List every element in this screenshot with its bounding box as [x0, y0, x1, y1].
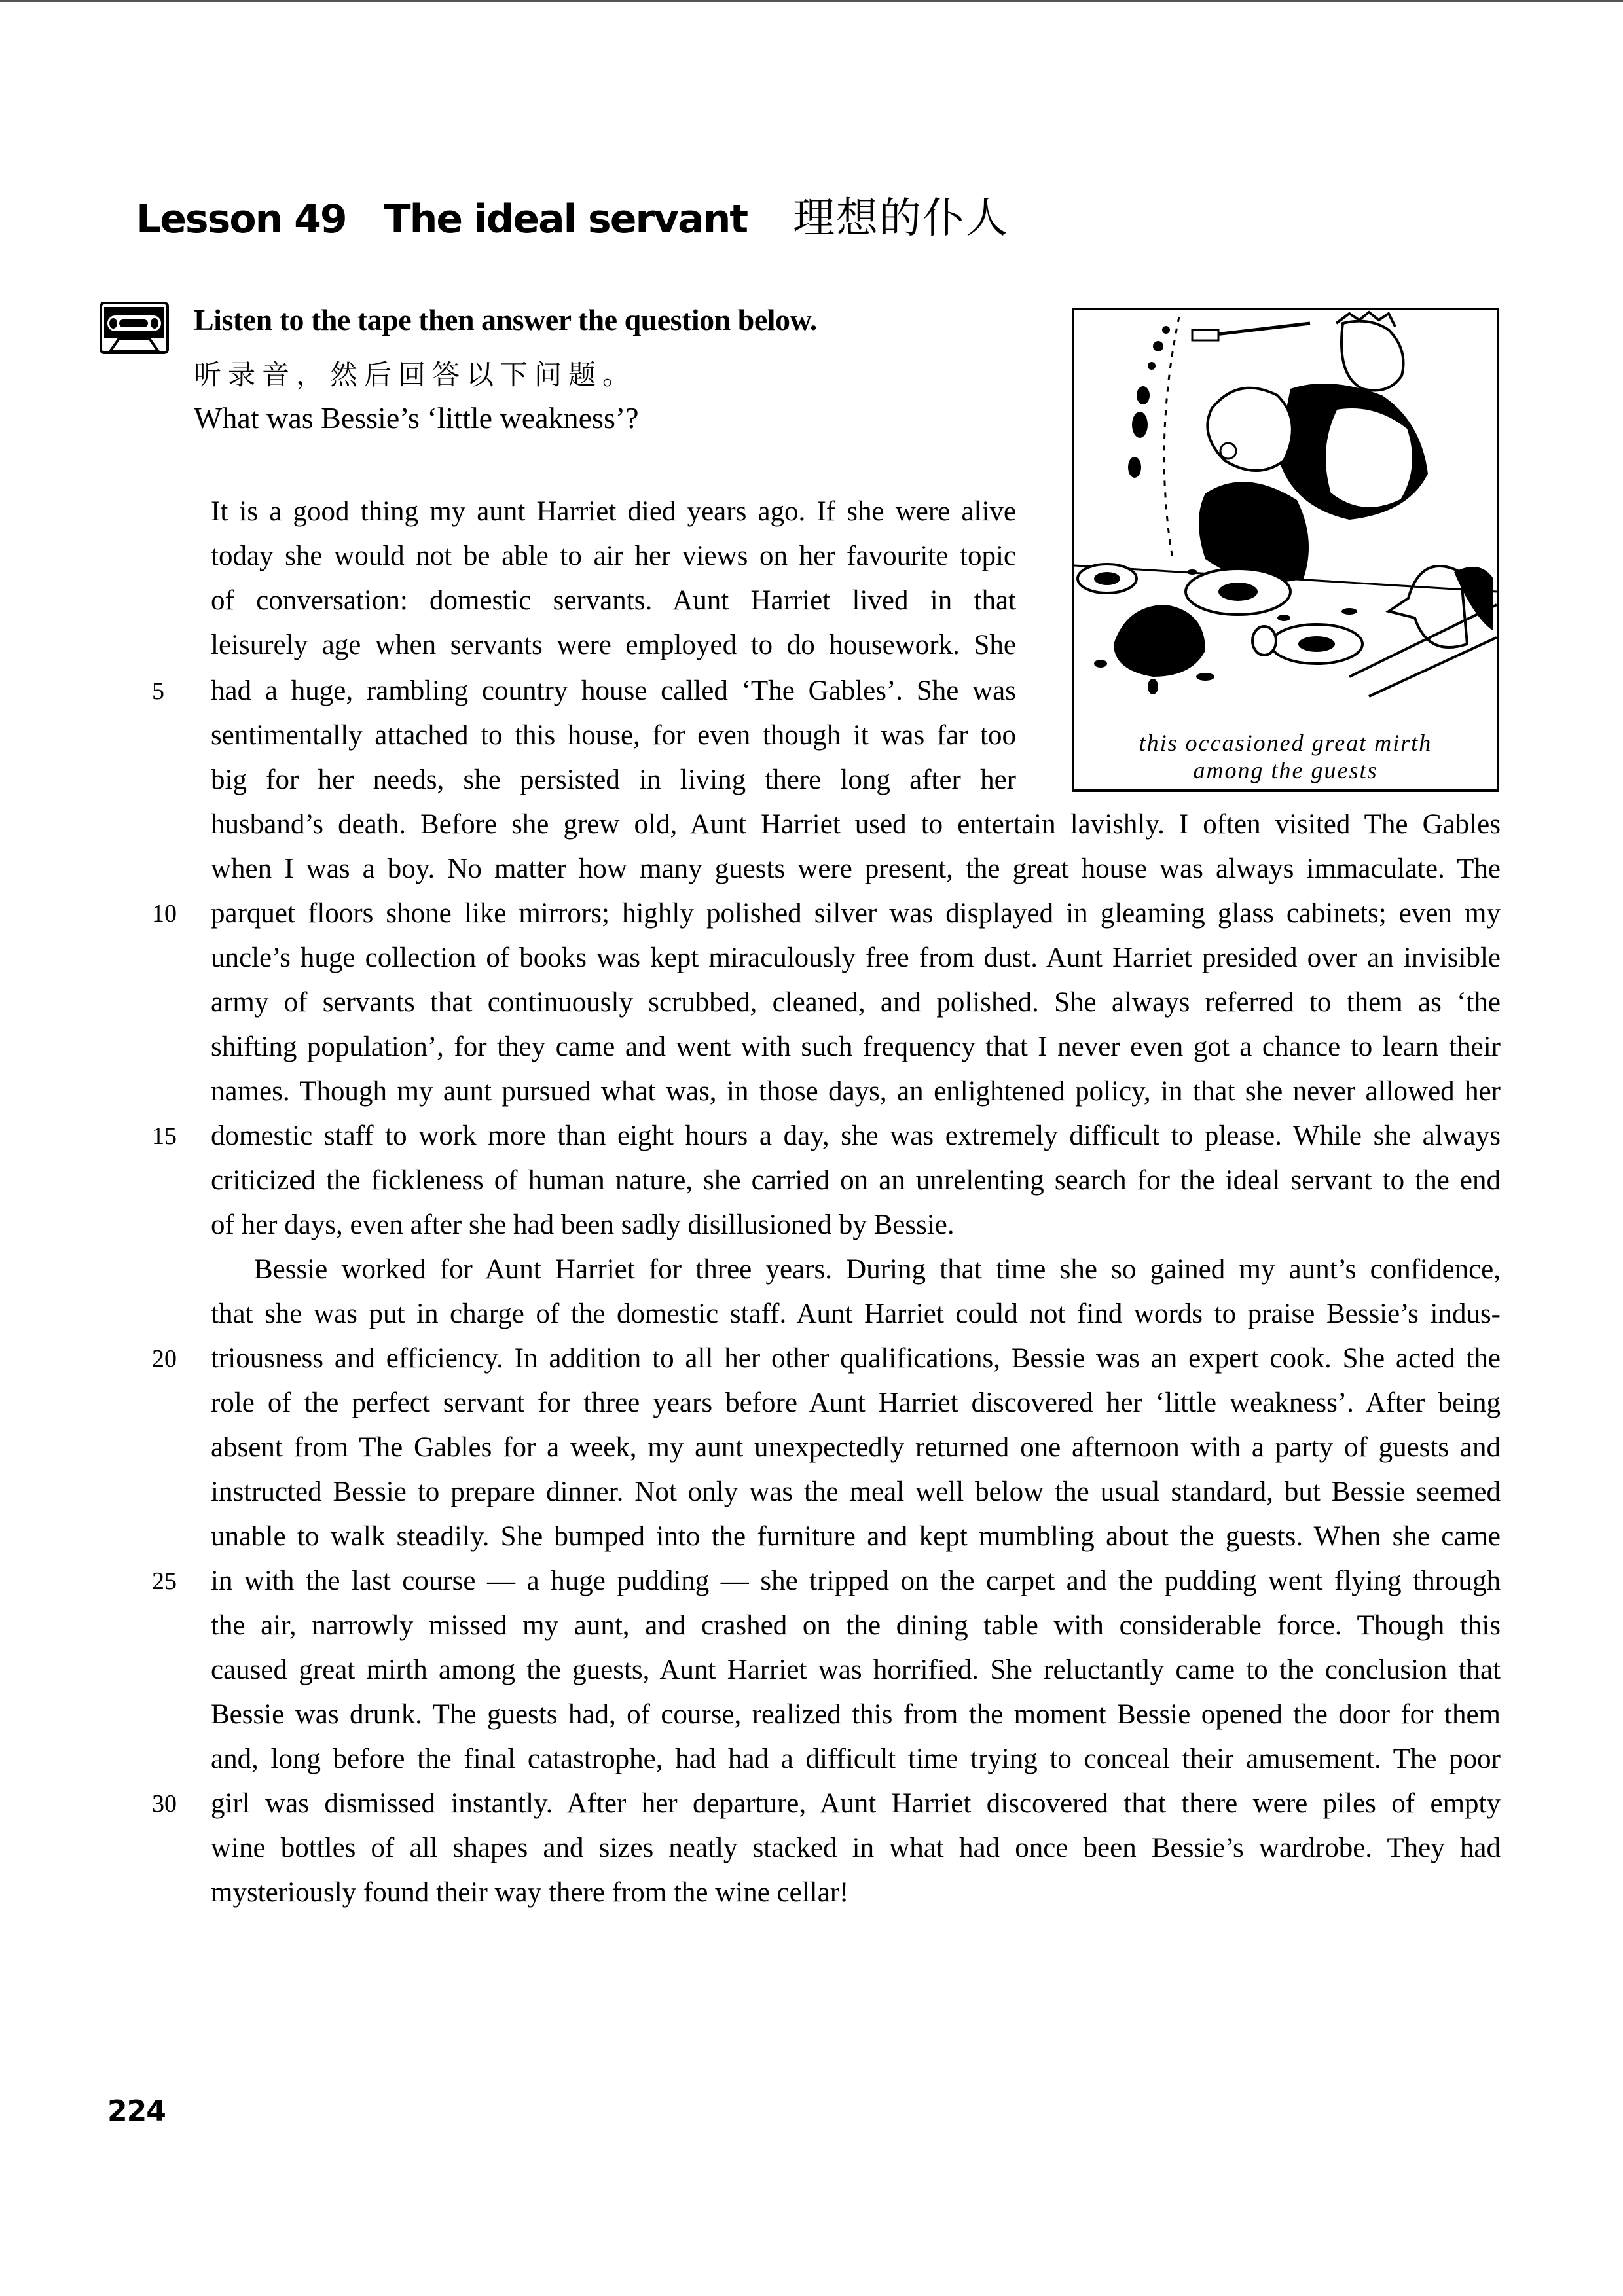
line-number: 5	[152, 669, 164, 713]
passage-line: criticized the fickleness of human natur…	[211, 1158, 1501, 1203]
passage-line: caused great mirth among the guests, Aun…	[211, 1648, 1501, 1693]
line-number: 15	[152, 1114, 177, 1158]
passage-line: had a huge, rambling country house calle…	[211, 669, 1016, 713]
passage-line: today she would not be able to air her v…	[211, 534, 1016, 579]
line-number: 25	[152, 1559, 177, 1604]
passage-line: sentimentally attached to this house, fo…	[211, 713, 1016, 758]
passage-line: uncle’s huge collection of books was kep…	[211, 936, 1501, 980]
passage-line: husband’s death. Before she grew old, Au…	[211, 802, 1501, 847]
comprehension-question: What was Bessie’s ‘little weakness’?	[194, 401, 639, 435]
passage-line: of her days, even after she had been sad…	[211, 1203, 955, 1247]
passage-line: army of servants that continuously scrub…	[211, 980, 1501, 1025]
passage-line: big for her needs, she persisted in livi…	[211, 758, 1016, 802]
passage-line: domestic staff to work more than eight h…	[211, 1114, 1501, 1158]
page-top-edge	[0, 0, 1623, 2]
passage-line: girl was dismissed instantly. After her …	[211, 1782, 1501, 1826]
listening-instruction: Listen to the tape then answer the quest…	[194, 302, 817, 337]
paragraph-2-first-line: Bessie worked for Aunt Harriet for three…	[254, 1247, 1501, 1292]
line-number: 20	[152, 1336, 177, 1381]
page-number: 224	[107, 2094, 166, 2128]
passage-line: parquet floors shone like mirrors; highl…	[211, 891, 1501, 936]
passage-line: of conversation: domestic servants. Aunt…	[211, 579, 1016, 623]
passage-line: mysteriously found their way there from …	[211, 1871, 848, 1915]
passage-line: Bessie was drunk. The guests had, of cou…	[211, 1693, 1501, 1737]
passage-line: It is a good thing my aunt Harriet died …	[211, 490, 1016, 534]
caption-line-2: among the guests	[1074, 757, 1497, 784]
lesson-number: Lesson 49	[136, 196, 346, 242]
passage-line: when I was a boy. No matter how many gue…	[211, 847, 1501, 891]
passage-line: triousness and efficiency. In addition t…	[211, 1336, 1501, 1381]
passage-line: instructed Bessie to prepare dinner. Not…	[211, 1470, 1501, 1515]
lesson-title-english: The ideal servant	[384, 196, 747, 242]
passage-line: that she was put in charge of the domest…	[211, 1292, 1501, 1336]
line-number: 30	[152, 1782, 177, 1826]
passage-line: the air, narrowly missed my aunt, and cr…	[211, 1604, 1501, 1648]
illustration-caption: this occasioned great mirth among the gu…	[1074, 729, 1497, 784]
line-number: 10	[152, 891, 177, 936]
passage-line: absent from The Gables for a week, my au…	[211, 1426, 1501, 1470]
listening-instruction-chinese: 听录音，然后回答以下问题。	[194, 353, 636, 393]
passage-line: unable to walk steadily. She bumped into…	[211, 1515, 1501, 1559]
passage-line: names. Though my aunt pursued what was, …	[211, 1069, 1501, 1114]
passage-line: leisurely age when servants were employe…	[211, 623, 1016, 668]
lesson-title-chinese: 理想的仆人	[793, 185, 1009, 245]
caption-line-1: this occasioned great mirth	[1074, 729, 1497, 757]
dinner-scene-drawing	[1074, 310, 1497, 724]
cartoon-illustration: this occasioned great mirth among the gu…	[1072, 308, 1499, 792]
passage-line: and, long before the final catastrophe, …	[211, 1737, 1501, 1782]
passage-line: role of the perfect servant for three ye…	[211, 1381, 1501, 1426]
passage-line: wine bottles of all shapes and sizes nea…	[211, 1826, 1501, 1871]
cassette-tape-icon	[100, 302, 169, 354]
lesson-title: Lesson 49 The ideal servant 理想的仆人	[136, 185, 1009, 237]
passage-line: shifting population’, for they came and …	[211, 1025, 1501, 1069]
passage-line: in with the last course — a huge pudding…	[211, 1559, 1501, 1604]
